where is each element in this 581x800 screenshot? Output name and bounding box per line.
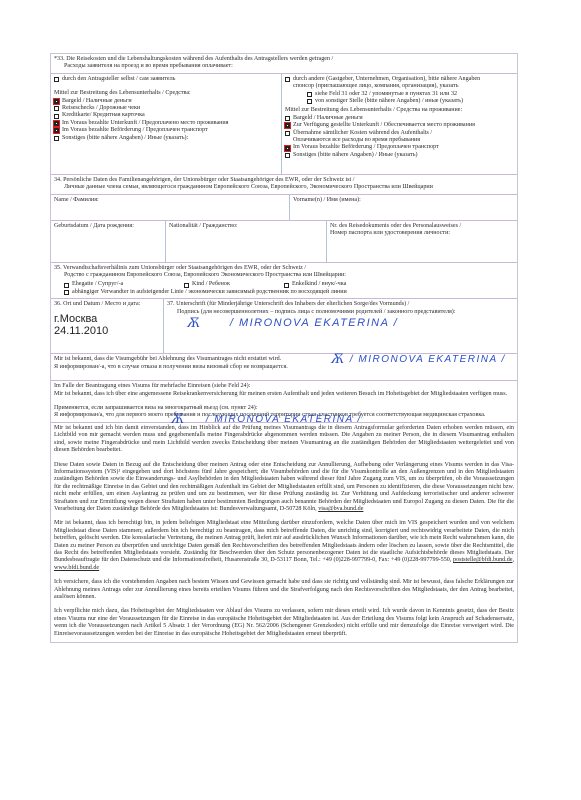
declaration-vis-storage: Diese Daten sowie Daten in Bezug auf die… xyxy=(54,462,514,514)
checked-checkbox-icon[interactable] xyxy=(54,99,59,104)
checkbox-option[interactable]: Enkelkind / внук/-чка xyxy=(284,281,384,288)
visa-fee-notice: Mir ist bekannt, dass die Visumgebühr be… xyxy=(51,354,517,381)
section-35-title-de: 35. Verwandtschaftsverhältnis zum Unions… xyxy=(54,265,514,272)
checkbox-label: Zur Verfügung gestellte Unterkunft / Обе… xyxy=(293,122,475,129)
checkbox-option[interactable]: Übernahme sämtlicher Kosten während des … xyxy=(285,130,514,137)
checkbox-option[interactable]: abhängiger Verwandter in aufsteigender L… xyxy=(64,289,514,296)
insurance-notice: Im Falle der Beantragung eines Visums fü… xyxy=(51,381,517,423)
family-name-field[interactable]: Name / Фамилия: xyxy=(51,195,289,220)
checkbox-option[interactable]: Sonstiges (bitte nähere Angaben) / Иные … xyxy=(285,152,514,159)
signature-field[interactable]: 37. Unterschrift (für Minderjährige Unte… xyxy=(163,299,517,353)
checkbox-option[interactable]: von sonstiger Stelle (bitte nähere Angab… xyxy=(285,98,514,105)
section-33-body: durch den Antragsteller selbst / сам зая… xyxy=(51,74,517,175)
signature-label-ru: Подпись (для несовершеннолетних – подпис… xyxy=(167,309,514,316)
checkbox-icon[interactable] xyxy=(284,283,289,288)
section-34-header: 34. Persönliche Daten des Familienangehö… xyxy=(51,175,517,195)
right-means-heading: Mittel zur Bestreitung des Lebensunterha… xyxy=(285,107,514,114)
checkbox-icon[interactable] xyxy=(54,114,59,119)
payer-self-option[interactable]: durch den Antragsteller selbst / сам зая… xyxy=(54,76,278,83)
checkbox-label: Bargeld / Наличные деньги xyxy=(62,98,132,105)
checked-checkbox-icon[interactable] xyxy=(54,121,59,126)
checkbox-option[interactable]: Kind / Ребенок xyxy=(184,281,284,288)
place-value: г.Москва xyxy=(54,313,160,325)
checkbox-icon[interactable] xyxy=(184,283,189,288)
checked-checkbox-icon[interactable] xyxy=(54,128,59,133)
section-34-name-row: Name / Фамилия: Vorname(n) / Имя (имена)… xyxy=(51,195,517,221)
checkbox-icon[interactable] xyxy=(54,106,59,111)
checkbox-label: Übernahme sämtlicher Kosten während des … xyxy=(293,130,432,137)
checkbox-option[interactable]: Ehegatte / Супруг/-а xyxy=(64,281,184,288)
checkbox-icon[interactable] xyxy=(307,92,312,97)
checkbox-option[interactable]: Kreditkarte/ Кредитная карточка xyxy=(54,112,278,119)
signature-handwritten-name: / MIRONOVA EKATERINA / xyxy=(350,356,506,363)
checkbox-option[interactable]: Zur Verfügung gestellte Unterkunft / Обе… xyxy=(285,122,514,129)
place-date-label: 36. Ort und Datum / Место и дата: xyxy=(54,301,160,308)
visa-application-form-page: *33. Die Reisekosten und die Lebenshaltu… xyxy=(50,53,518,643)
checkbox-option[interactable]: Sonstiges (bitte nähere Angaben) / Иные … xyxy=(54,135,278,142)
declaration-truthfulness: Ich versichere, dass ich die vorstehende… xyxy=(54,579,514,601)
signature-handwritten-name: / MIRONOVA EKATERINA / xyxy=(230,320,398,327)
bva-email-link[interactable]: visa@bva.bund.de xyxy=(318,506,363,512)
checkbox-icon[interactable] xyxy=(64,283,69,288)
birth-date-field[interactable]: Geburtsdatum / Дата рождения: xyxy=(51,221,165,262)
checkbox-icon[interactable] xyxy=(307,99,312,104)
checkbox-option[interactable]: Im Voraus bezahlte Beförderung / Предопл… xyxy=(54,127,278,134)
checkbox-option[interactable]: siehe Feld 31 oder 32 / упомянутые в пун… xyxy=(285,91,514,98)
checkbox-label: Im Voraus bezahlte Beförderung / Предопл… xyxy=(293,144,439,151)
first-name-field[interactable]: Vorname(n) / Имя (имена): xyxy=(289,195,517,220)
signature-handwritten-name: / MIRONOVA EKATERINA / xyxy=(206,416,362,423)
section-35: 35. Verwandtschaftsverhältnis zum Unions… xyxy=(51,263,517,300)
checkbox-icon[interactable] xyxy=(64,290,69,295)
checkbox-label: von sonstiger Stelle (bitte nähere Angab… xyxy=(315,98,463,105)
checkbox-icon[interactable] xyxy=(285,116,290,121)
nationality-field[interactable]: Nationalität / Гражданство: xyxy=(165,221,326,262)
checkbox-label: Kreditkarte/ Кредитная карточка xyxy=(62,112,145,119)
checked-checkbox-icon[interactable] xyxy=(285,146,290,151)
section-33-right: durch andere (Gastgeber, Unternehmen, Or… xyxy=(281,74,517,174)
declaration-departure: Ich verpflichte mich dazu, das Hoheitsge… xyxy=(54,608,514,638)
checkbox-label: Kind / Ребенок xyxy=(192,281,230,288)
declarations: Mir ist bekannt und ich bin damit einver… xyxy=(51,423,517,642)
section-33-header: *33. Die Reisekosten und die Lebenshaltu… xyxy=(51,54,517,74)
section-33-left: durch den Antragsteller selbst / сам зая… xyxy=(51,74,281,174)
travel-document-number-field[interactable]: Nr. des Reisedokuments oder des Personal… xyxy=(326,221,517,262)
date-value: 24.11.2010 xyxy=(54,325,160,337)
checkbox-icon[interactable] xyxy=(285,131,290,136)
signature-scribble: Ѫ xyxy=(171,416,184,423)
signature-scribble: Ѫ xyxy=(187,320,200,327)
checkbox-label: Ehegatte / Супруг/-а xyxy=(72,281,123,288)
section-34-title-ru: Личные данные члена семьи, являющегося г… xyxy=(54,184,514,191)
section-36-37: 36. Ort und Datum / Место и дата: г.Моск… xyxy=(51,299,517,354)
section-33-title-ru: Расходы заявителя на проезд и во время п… xyxy=(54,63,514,70)
checkbox-option[interactable]: Im Voraus bezahlte Beförderung / Предопл… xyxy=(285,144,514,151)
checkbox-label: Reiseschecks / Дорожные чеки xyxy=(62,105,140,112)
declaration-data-rights: Mir ist bekannt, dass ich berechtigt bin… xyxy=(54,520,514,572)
signature-scribble: Ѫ xyxy=(331,356,344,363)
checkbox-label: Im Voraus bezahlte Beförderung / Предопл… xyxy=(62,127,208,134)
declaration-data-collection: Mir ist bekannt und ich bin damit einver… xyxy=(54,425,514,455)
checkbox-icon[interactable] xyxy=(54,136,59,141)
section-35-title-ru: Родство с гражданином Европейского Союза… xyxy=(54,272,514,279)
checkbox-label: Enkelkind / внук/-чка xyxy=(292,281,346,288)
checkbox-option[interactable]: Bargeld / Наличные деньги xyxy=(54,98,278,105)
bfdi-website-link[interactable]: www.bfdi.bund.de xyxy=(54,565,99,571)
bfdi-email-link[interactable]: poststelle@bfdi.bund.de xyxy=(453,557,512,563)
payer-others-label-ru: спонсор (приглашающее лицо, компания, ор… xyxy=(285,83,514,90)
checkbox-label: Sonstiges (bitte nähere Angaben) / Иные … xyxy=(293,152,418,159)
left-means-heading: Mittel zur Bestreitung des Lebensunterha… xyxy=(54,90,278,97)
checked-checkbox-icon[interactable] xyxy=(285,123,290,128)
signature-label-de: 37. Unterschrift (für Minderjährige Unte… xyxy=(167,301,514,308)
checkbox-label: siehe Feld 31 oder 32 / упомянутые в пун… xyxy=(315,91,457,98)
checkbox-label: abhängiger Verwandter in aufsteigender L… xyxy=(72,289,347,296)
checkbox-icon[interactable] xyxy=(54,77,59,82)
checkbox-option[interactable]: Reiseschecks / Дорожные чеки xyxy=(54,105,278,112)
place-date-field[interactable]: 36. Ort und Datum / Место и дата: г.Моск… xyxy=(51,299,163,353)
checkbox-icon[interactable] xyxy=(285,153,290,158)
checkbox-label: Sonstiges (bitte nähere Angaben) / Иные … xyxy=(62,135,188,142)
checkbox-icon[interactable] xyxy=(285,77,290,82)
section-34-details-row: Geburtsdatum / Дата рождения: Nationalit… xyxy=(51,221,517,263)
